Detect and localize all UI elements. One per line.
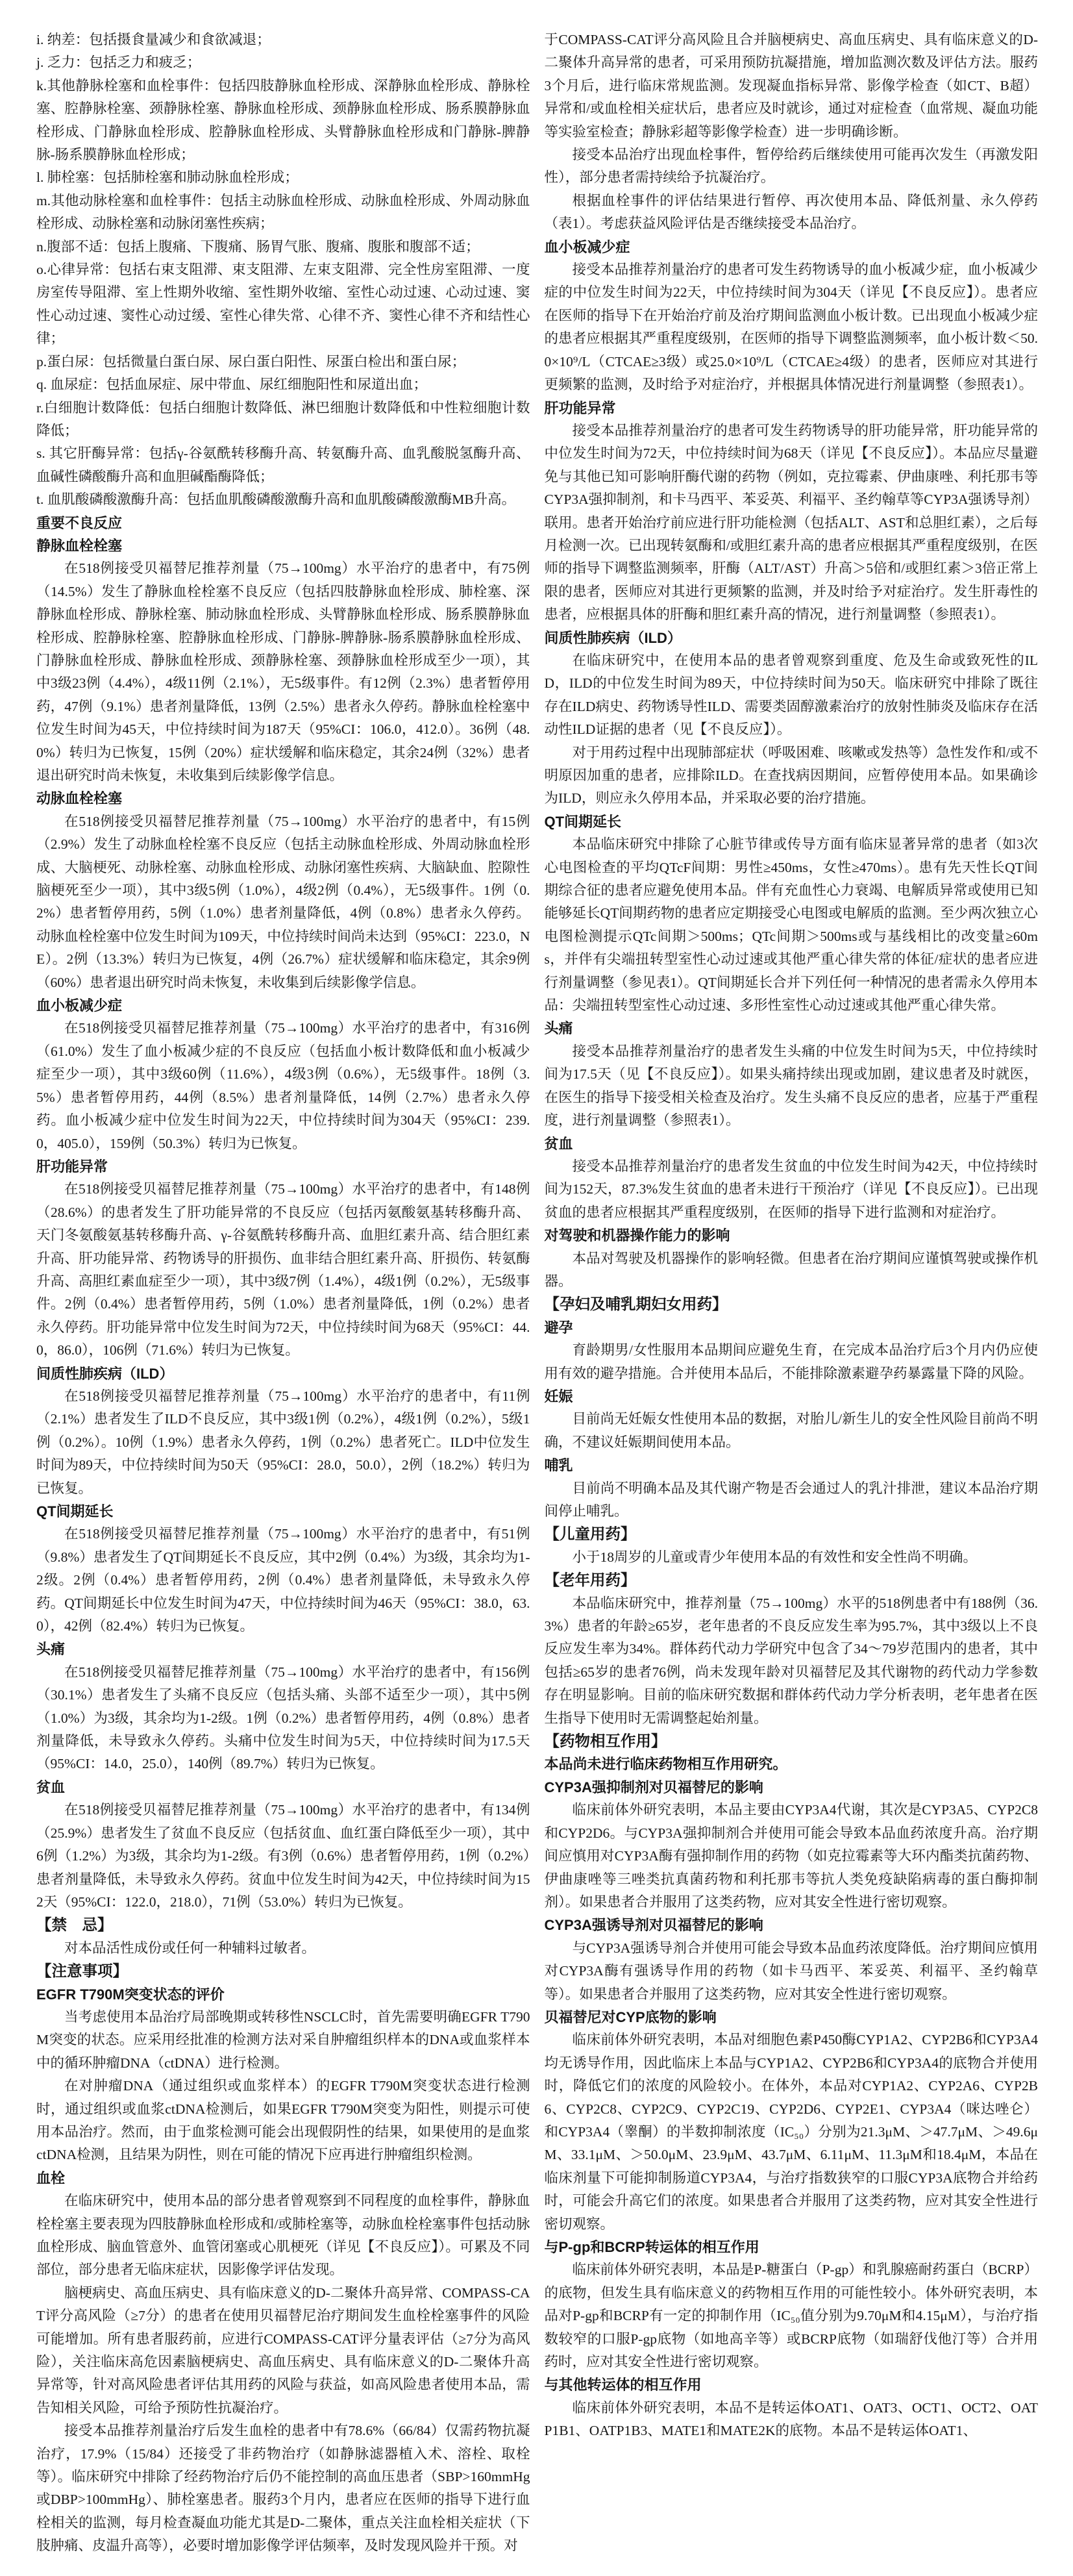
paragraph: 目前尚无妊娠女性使用本品的数据，对胎儿/新生儿的安全性风险目前尚不明确，不建议妊… xyxy=(545,1408,1039,1454)
paragraph: 当考虑使用本品治疗局部晚期或转移性NSCLC时，首先需要明确EGFR T790M… xyxy=(36,2006,530,2075)
subsection-heading: 间质性肺疾病（ILD） xyxy=(545,627,1039,649)
list-item: t. 血肌酸磷酸激酶升高：包括血肌酸磷酸激酶升高和血肌酸磷酸激酶MB升高。 xyxy=(36,488,530,511)
paragraph: 在对肿瘤DNA（通过组织或血浆样本）的EGFR T790M突变状态进行检测时，通… xyxy=(36,2075,530,2167)
paragraph: 目前尚不明确本品及其代谢产物是否会通过人的乳汁排泄，建议本品治疗期间停止哺乳。 xyxy=(545,1477,1039,1523)
list-item: j. 乏力：包括乏力和疲乏； xyxy=(36,51,530,74)
subsection-heading: 妊娠 xyxy=(545,1385,1039,1408)
section-heading: 【老年用药】 xyxy=(545,1569,1039,1592)
subsection-heading: 贫血 xyxy=(36,1776,530,1799)
subsection-heading: CYP3A强诱导剂对贝福替尼的影响 xyxy=(545,1914,1039,1936)
paragraph: 接受本品推荐剂量治疗的患者发生头痛的中位发生时间为5天，中位持续时间为17.5天… xyxy=(545,1040,1039,1132)
list-item: l. 肺栓塞：包括肺栓塞和肺动脉血栓形成； xyxy=(36,166,530,189)
section-heading: 【儿童用药】 xyxy=(545,1523,1039,1545)
left-column: i. 纳差：包括摄食量减少和食欲减退；j. 乏力：包括乏力和疲乏；k.其他静脉栓… xyxy=(36,29,530,2558)
paragraph: 与CYP3A强诱导剂合并使用可能会导致本品血药浓度降低。治疗期间应慎用对CYP3… xyxy=(545,1937,1039,2006)
subsection-heading: CYP3A强抑制剂对贝福替尼的影响 xyxy=(545,1776,1039,1799)
subsection-heading: 静脉血栓栓塞 xyxy=(36,534,530,557)
subsection-heading: 贝福替尼对CYP底物的影响 xyxy=(545,2006,1039,2029)
two-column-layout: i. 纳差：包括摄食量减少和食欲减退；j. 乏力：包括乏力和疲乏；k.其他静脉栓… xyxy=(0,0,1073,2558)
paragraph: 在518例接受贝福替尼推荐剂量（75→100mg）水平治疗的患者中，有316例（… xyxy=(36,1017,530,1155)
subsection-heading: 对驾驶和机器操作能力的影响 xyxy=(545,1224,1039,1247)
subsection-heading: 本品尚未进行临床药物相互作用研究。 xyxy=(545,1753,1039,1775)
paragraph: 在518例接受贝福替尼推荐剂量（75→100mg）水平治疗的患者中，有75例（1… xyxy=(36,557,530,787)
paragraph: 在518例接受贝福替尼推荐剂量（75→100mg）水平治疗的患者中，有11例（2… xyxy=(36,1385,530,1500)
list-item: r.白细胞计数降低：包括白细胞计数降低、淋巴细胞计数降低和中性粒细胞计数降低； xyxy=(36,397,530,443)
paragraph-continuation: 于COMPASS-CAT评分高风险且合并脑梗病史、高血压病史、具有临床意义的D-… xyxy=(545,29,1039,144)
paragraph: 在518例接受贝福替尼推荐剂量（75→100mg）水平治疗的患者中，有148例（… xyxy=(36,1178,530,1362)
list-item: o.心律异常：包括右束支阻滞、束支阻滞、左束支阻滞、完全性房室阻滞、一度房室传导… xyxy=(36,258,530,351)
subsection-heading: 血栓 xyxy=(36,2167,530,2190)
paragraph: 临床前体外研究表明，本品对细胞色素P450酶CYP1A2、CYP2B6和CYP3… xyxy=(545,2029,1039,2236)
list-item: s. 其它肝酶异常：包括γ-谷氨酰转移酶升高、转氨酶升高、血乳酸脱氢酶升高、血碱… xyxy=(36,442,530,488)
subsection-heading: 与P-gp和BCRP转运体的相互作用 xyxy=(545,2236,1039,2258)
subsection-heading: 贫血 xyxy=(545,1132,1039,1155)
paragraph: 本品临床研究中排除了心脏节律或传导方面有临床显著异常的患者（如3次心电图检查的平… xyxy=(545,833,1039,1017)
section-heading: 【药物相互作用】 xyxy=(545,1730,1039,1753)
subsection-heading: 头痛 xyxy=(545,1017,1039,1040)
subsection-heading: 肝功能异常 xyxy=(545,397,1039,419)
paragraph: 在518例接受贝福替尼推荐剂量（75→100mg）水平治疗的患者中，有134例（… xyxy=(36,1799,530,1914)
subsection-heading: 避孕 xyxy=(545,1316,1039,1339)
list-item: n.腹部不适：包括上腹痛、下腹痛、肠胃气胀、腹痛、腹胀和腹部不适； xyxy=(36,236,530,258)
right-column: 于COMPASS-CAT评分高风险且合并脑梗病史、高血压病史、具有临床意义的D-… xyxy=(545,29,1039,2558)
paragraph: 接受本品推荐剂量治疗的患者可发生药物诱导的肝功能异常，肝功能异常的中位发生时间为… xyxy=(545,419,1039,627)
paragraph: 接受本品治疗出现血栓事件，暂停给药后继续使用可能再次发生（再激发阳性），部分患者… xyxy=(545,144,1039,190)
section-heading: 【孕妇及哺乳期妇女用药】 xyxy=(545,1293,1039,1316)
subsection-heading: 哺乳 xyxy=(545,1454,1039,1477)
list-item: q. 血尿症：包括血尿症、尿中带血、尿红细胞阳性和尿道出血； xyxy=(36,373,530,396)
paragraph: 根据血栓事件的评估结果进行暂停、再次使用本品、降低剂量、永久停药（表1）。考虑获… xyxy=(545,190,1039,236)
paragraph: 在518例接受贝福替尼推荐剂量（75→100mg）水平治疗的患者中，有51例（9… xyxy=(36,1523,530,1638)
subsection-heading: EGFR T790M突变状态的评价 xyxy=(36,1983,530,2006)
paragraph: 本品对驾驶及机器操作的影响轻微。但患者在治疗期间应谨慎驾驶或操作机器。 xyxy=(545,1247,1039,1294)
subsection-heading: 重要不良反应 xyxy=(36,512,530,534)
paragraph: 在临床研究中，使用本品的部分患者曾观察到不同程度的血栓事件，静脉血栓栓塞主要表现… xyxy=(36,2190,530,2282)
paragraph: 在临床研究中，在使用本品的患者曾观察到重度、危及生命或致死性的ILD，ILD的中… xyxy=(545,649,1039,742)
subsection-heading: QT间期延长 xyxy=(36,1500,530,1523)
subsection-heading: 头痛 xyxy=(36,1638,530,1660)
subsection-heading: 肝功能异常 xyxy=(36,1155,530,1178)
subsection-heading: 间质性肺疾病（ILD） xyxy=(36,1362,530,1385)
list-item: k.其他静脉栓塞和血栓事件：包括四肢静脉血栓形成、深静脉血栓形成、静脉栓塞、腔静… xyxy=(36,75,530,167)
paragraph: 本品临床研究中，推荐剂量（75→100mg）水平的518例患者中有188例（36… xyxy=(545,1592,1039,1730)
section-heading: 【禁 忌】 xyxy=(36,1914,530,1936)
subsection-heading: QT间期延长 xyxy=(545,810,1039,833)
list-item: m.其他动脉栓塞和血栓事件：包括主动脉血栓形成、动脉血栓形成、外周动脉血栓形成、… xyxy=(36,190,530,236)
paragraph: 对本品活性成份或任何一种辅料过敏者。 xyxy=(36,1937,530,1960)
paragraph: 对于用药过程中出现肺部症状（呼吸困难、咳嗽或发热等）急性发作和/或不明原因加重的… xyxy=(545,742,1039,810)
list-item: p.蛋白尿：包括微量白蛋白尿、尿白蛋白阳性、尿蛋白检出和蛋白尿； xyxy=(36,351,530,373)
list-item: i. 纳差：包括摄食量减少和食欲减退； xyxy=(36,29,530,51)
paragraph: 脑梗病史、高血压病史、具有临床意义的D-二聚体升高异常、COMPASS-CAT评… xyxy=(36,2282,530,2420)
subsection-heading: 动脉血栓栓塞 xyxy=(36,787,530,810)
paragraph: 接受本品推荐剂量治疗后发生血栓的患者中有78.6%（66/84）仅需药物抗凝治疗… xyxy=(36,2420,530,2557)
paragraph: 接受本品推荐剂量治疗的患者发生贫血的中位发生时间为42天，中位持续时间为152天… xyxy=(545,1155,1039,1224)
section-heading: 【注意事项】 xyxy=(36,1960,530,1982)
subsection-heading: 血小板减少症 xyxy=(36,994,530,1017)
subsection-heading: 与其他转运体的相互作用 xyxy=(545,2373,1039,2396)
paragraph: 临床前体外研究表明，本品是P-糖蛋白（P-gp）和乳腺癌耐药蛋白（BCRP）的底… xyxy=(545,2258,1039,2373)
subsection-heading: 血小板减少症 xyxy=(545,236,1039,258)
paragraph: 小于18周岁的儿童或青少年使用本品的有效性和安全性尚不明确。 xyxy=(545,1546,1039,1569)
paragraph: 临床前体外研究表明，本品主要由CYP3A4代谢，其次是CYP3A5、CYP2C8… xyxy=(545,1799,1039,1914)
paragraph: 在518例接受贝福替尼推荐剂量（75→100mg）水平治疗的患者中，有156例（… xyxy=(36,1661,530,1776)
paragraph: 接受本品推荐剂量治疗的患者可发生药物诱导的血小板减少症，血小板减少症的中位发生时… xyxy=(545,258,1039,396)
paragraph: 临床前体外研究表明，本品不是转运体OAT1、OAT3、OCT1、OCT2、OAT… xyxy=(545,2397,1039,2443)
paragraph: 育龄期男/女性服用本品期间应避免生育，在完成本品治疗后3个月内仍应使用有效的避孕… xyxy=(545,1339,1039,1385)
paragraph: 在518例接受贝福替尼推荐剂量（75→100mg）水平治疗的患者中，有15例（2… xyxy=(36,810,530,994)
package-insert-page: i. 纳差：包括摄食量减少和食欲减退；j. 乏力：包括乏力和疲乏；k.其他静脉栓… xyxy=(0,0,1073,2576)
